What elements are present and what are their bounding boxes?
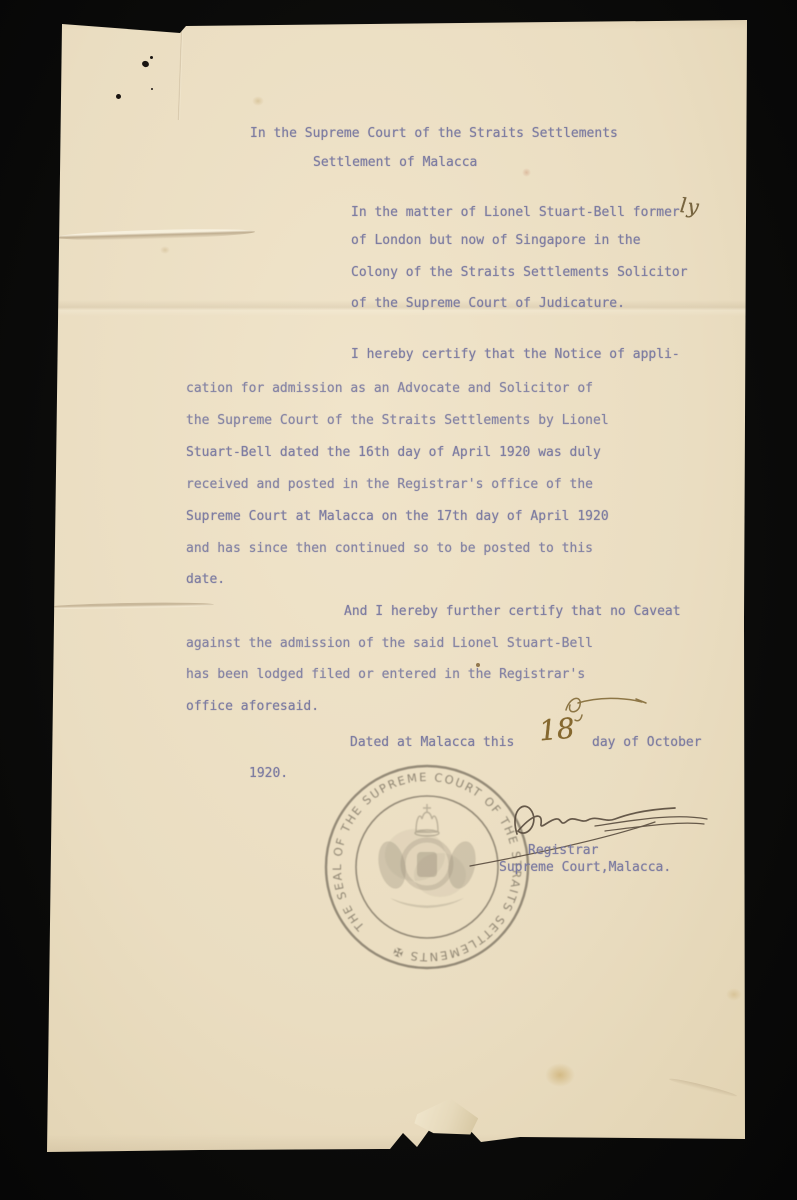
age-stain [545,1063,575,1087]
certify2-line-4: office aforesaid. [186,699,319,714]
dated-prefix: Dated at Malacca this [350,735,514,750]
matter-line-2: of London but now of Singapore in the [351,233,641,248]
certify2-line-2: against the admission of the said Lionel… [186,636,593,651]
certify1-line-6: Supreme Court at Malacca on the 17th day… [186,509,609,524]
matter-line-1-typed: In the matter of Lionel Stuart-Bell form… [351,205,680,220]
crease-bottom-right [668,1077,737,1099]
certify1-line-8: date. [186,572,225,587]
matter-line-4: of the Supreme Court of Judicature. [351,296,625,311]
ink-spot [151,88,153,90]
header-line-2: Settlement of Malacca [313,155,477,170]
age-stain [726,988,742,1001]
ink-spot [150,56,153,59]
certify1-line-4: Stuart-Bell dated the 16th day of April … [186,445,601,460]
crease-upper-left [55,227,255,242]
document-paper: In the Supreme Court of the Straits Sett… [0,0,797,1200]
age-stain [522,168,531,177]
ink-spot [116,94,121,99]
crown-icon [416,812,438,832]
certify2-line-1: And I hereby further certify that no Cav… [344,604,681,619]
certify1-line-5: received and posted in the Registrar's o… [186,477,593,492]
dated-suffix: day of October [592,735,702,750]
handwritten-ly: ly [679,198,700,215]
certify1-line-2: cation for admission as an Advocate and … [186,381,593,396]
age-stain [252,96,264,106]
scanner-background: In the Supreme Court of the Straits Sett… [0,0,797,1200]
signature-office: Supreme Court,Malacca. [499,860,671,875]
certify2-line-3: has been lodged filed or entered in the … [186,667,585,682]
certify1-line-1: I hereby certify that the Notice of appl… [351,347,680,362]
crease-top [174,25,185,120]
motto-scroll [390,898,464,908]
dated-year: 1920. [249,766,288,781]
certify1-line-7: and has since then continued so to be po… [186,541,593,556]
certify1-line-3: the Supreme Court of the Straits Settlem… [186,413,609,428]
age-stain [160,246,170,254]
crease-mid-left [46,602,214,611]
ink-spot [141,60,150,68]
signature-title: Registrar [528,843,598,858]
pen-flourish [552,688,662,732]
matter-line-3: Colony of the Straits Settlements Solici… [351,265,688,280]
header-line-1: In the Supreme Court of the Straits Sett… [250,126,618,141]
matter-line-1: In the matter of Lionel Stuart-Bell form… [351,202,699,220]
